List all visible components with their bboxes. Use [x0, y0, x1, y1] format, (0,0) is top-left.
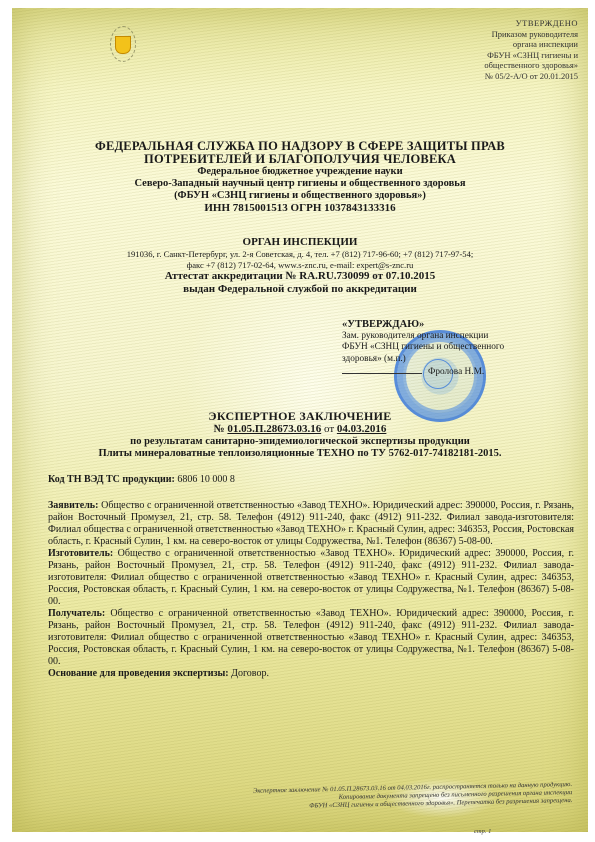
agency-name-line2: ПОТРЕБИТЕЛЕЙ И БЛАГОПОЛУЧИЯ ЧЕЛОВЕКА — [12, 153, 588, 166]
approved-note-line: № 05/2-А/О от 20.01.2015 — [448, 71, 578, 82]
accreditation-certificate: Аттестат аккредитации № RA.RU.730099 от … — [12, 270, 588, 283]
conclusion-date: 04.03.2016 — [337, 423, 387, 435]
approved-note-line: органа инспекции — [448, 39, 578, 50]
product-code-value: 6806 10 000 8 — [177, 474, 235, 485]
applicant-label: Заявитель: — [48, 500, 98, 511]
signatory-name: Фролова Н.М. — [428, 367, 484, 377]
inspection-body-address: 191036, г. Санкт-Петербург, ул. 2-я Сове… — [12, 249, 588, 260]
document-page: УТВЕРЖДЕНО Приказом руководителя органа … — [12, 8, 588, 832]
recipient-paragraph: Получатель: Общество с ограниченной отве… — [48, 608, 574, 668]
page-number: стр. 1 — [474, 828, 491, 835]
signature-line — [342, 373, 422, 374]
approved-by-order-note: УТВЕРЖДЕНО Приказом руководителя органа … — [448, 18, 578, 81]
inspection-body-block: ОРГАН ИНСПЕКЦИИ 191036, г. Санкт-Петербу… — [12, 236, 588, 295]
approval-position-line1: Зам. руководителя органа инспекции — [342, 331, 582, 343]
applicant-paragraph: Заявитель: Общество с ограниченной ответ… — [48, 500, 574, 548]
tax-registration-codes: ИНН 7815001513 ОГРН 1037843133316 — [12, 202, 588, 215]
recipient-label: Получатель: — [48, 608, 105, 619]
signature-row: Фролова Н.М. — [342, 367, 582, 379]
approval-position-line2: ФБУН «СЗНЦ гигиены и общественного — [342, 342, 582, 354]
product-code-row: Код ТН ВЭД ТС продукции: 6806 10 000 8 — [48, 474, 574, 486]
coat-of-arms-emblem-icon — [110, 26, 134, 60]
conclusion-body: Код ТН ВЭД ТС продукции: 6806 10 000 8 З… — [48, 474, 574, 680]
manufacturer-text: Общество с ограниченной ответственностью… — [48, 548, 574, 607]
product-code-label: Код ТН ВЭД ТС продукции: — [48, 474, 175, 485]
approved-note-line: УТВЕРЖДЕНО — [448, 18, 578, 29]
conclusion-number: 01.05.П.28673.03.16 — [227, 423, 321, 435]
accreditation-issuer: выдан Федеральной службой по аккредитаци… — [12, 283, 588, 296]
basis-text: Договор. — [231, 668, 269, 679]
number-prefix: № — [214, 423, 225, 435]
approved-note-line: общественного здоровья» — [448, 60, 578, 71]
approval-position-line3: здоровья» (м.п.) — [342, 354, 582, 366]
manufacturer-label: Изготовитель: — [48, 548, 113, 559]
recipient-text: Общество с ограниченной ответственностью… — [48, 608, 574, 667]
conclusion-title: ЭКСПЕРТНОЕ ЗАКЛЮЧЕНИЕ — [12, 410, 588, 423]
inspection-body-title: ОРГАН ИНСПЕКЦИИ — [12, 236, 588, 248]
product-name: Плиты минераловатные теплоизоляционные Т… — [12, 448, 588, 460]
basis-paragraph: Основание для проведения экспертизы: Дог… — [48, 668, 574, 680]
conclusion-subtitle: по результатам санитарно-эпидемиологичес… — [12, 436, 588, 448]
institution-type: Федеральное бюджетное учреждение науки — [12, 166, 588, 178]
basis-label: Основание для проведения экспертизы: — [48, 668, 229, 679]
approved-note-line: Приказом руководителя — [448, 29, 578, 40]
approval-block: «УТВЕРЖДАЮ» Зам. руководителя органа инс… — [342, 319, 582, 379]
applicant-text: Общество с ограниченной ответственностью… — [48, 500, 574, 547]
agency-header: ФЕДЕРАЛЬНАЯ СЛУЖБА ПО НАДЗОРУ В СФЕРЕ ЗА… — [12, 140, 588, 215]
approval-header: «УТВЕРЖДАЮ» — [342, 319, 582, 331]
manufacturer-paragraph: Изготовитель: Общество с ограниченной от… — [48, 548, 574, 608]
institution-name: Северо-Западный научный центр гигиены и … — [12, 178, 588, 190]
expert-conclusion-heading: ЭКСПЕРТНОЕ ЗАКЛЮЧЕНИЕ № 01.05.П.28673.03… — [12, 410, 588, 460]
approved-note-line: ФБУН «СЗНЦ гигиены и — [448, 50, 578, 61]
date-prefix: от — [324, 423, 334, 435]
inspection-body-contacts: факс +7 (812) 717-02-64, www.s-znc.ru, e… — [12, 260, 588, 271]
conclusion-number-line: № 01.05.П.28673.03.16 от 04.03.2016 — [12, 423, 588, 436]
footer-disclaimer: Экспертное заключение № 01.05.П.28673.03… — [162, 781, 572, 814]
institution-abbreviation: (ФБУН «СЗНЦ гигиены и общественного здор… — [12, 190, 588, 202]
